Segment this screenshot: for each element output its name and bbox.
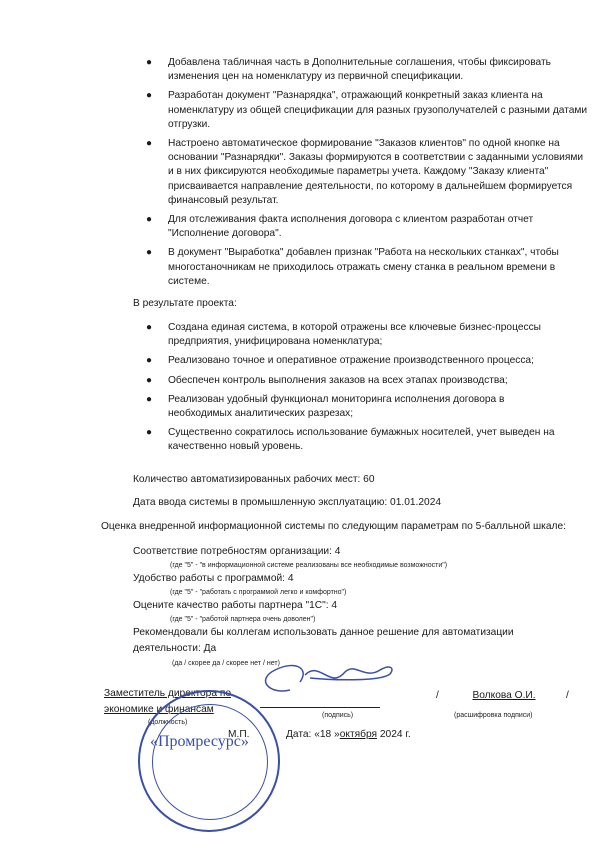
bullet-icon: ● — [146, 354, 152, 368]
rating-intro: Оценка внедренной информационной системы… — [101, 521, 566, 532]
recommend-line2: деятельности: Да — [133, 643, 216, 654]
list-item: ●Настроено автоматическое формирование "… — [168, 137, 588, 208]
results-heading: В результате проекта: — [133, 298, 237, 309]
rating-usability: Удобство работы с программой: 4 — [133, 573, 294, 584]
rating-partner: Оцените качество работы партнера "1С": 4 — [133, 600, 337, 611]
document-page: ●Добавлена табличная часть в Дополнитель… — [0, 0, 601, 850]
results-list: ●Создана единая система, в которой отраж… — [168, 321, 568, 460]
bullet-icon: ● — [146, 426, 152, 440]
rating-needs: Соответствие потребностям организации: 4 — [133, 546, 340, 557]
bullet-icon: ● — [146, 321, 152, 335]
rating-needs-note: (где "5" - "в информационной системе реа… — [170, 562, 447, 569]
list-item: ●Разработан документ "Разнарядка", отраж… — [168, 89, 588, 132]
rating-partner-note: (где "5" - "работой партнера очень довол… — [170, 616, 315, 623]
slash-left: / — [436, 690, 439, 701]
list-item: ●Добавлена табличная часть в Дополнитель… — [168, 56, 588, 84]
bullet-icon: ● — [146, 246, 152, 260]
bullet-icon: ● — [146, 56, 152, 70]
list-item: ●Создана единая система, в которой отраж… — [168, 321, 568, 349]
signature-line — [260, 707, 380, 708]
workplaces-count: Количество автоматизированных рабочих ме… — [133, 474, 375, 485]
rating-usability-note: (где "5" - "работать с программой легко … — [170, 589, 346, 596]
list-item: ●Реализовано точное и оперативное отраже… — [168, 354, 568, 368]
list-item: ●Обеспечен контроль выполнения заказов н… — [168, 374, 568, 388]
seal-place: М.П. — [228, 729, 249, 740]
bullet-icon: ● — [146, 89, 152, 103]
signatory-name: Волкова О.И. — [444, 690, 564, 701]
signing-date: Дата: «18 »октября 2024 г. — [286, 729, 411, 740]
company-stamp — [138, 690, 280, 832]
changes-list: ●Добавлена табличная часть в Дополнитель… — [168, 56, 588, 294]
signature-note: (подпись) — [322, 712, 353, 719]
launch-date: Дата ввода системы в промышленную эксплу… — [133, 497, 441, 508]
recommend-line1: Рекомендовали бы коллегам использовать д… — [133, 627, 514, 638]
name-note: (расшифровка подписи) — [454, 712, 533, 719]
bullet-icon: ● — [146, 137, 152, 151]
list-item: ●В документ "Выработка" добавлен признак… — [168, 246, 588, 289]
bullet-icon: ● — [146, 393, 152, 407]
signature-icon — [250, 650, 400, 710]
stamp-inner-ring — [152, 704, 268, 820]
list-item: ●Реализован удобный функционал мониторин… — [168, 393, 568, 421]
list-item: ●Для отслеживания факта исполнения догов… — [168, 213, 588, 241]
bullet-icon: ● — [146, 213, 152, 227]
slash-right: / — [566, 690, 569, 701]
bullet-icon: ● — [146, 374, 152, 388]
list-item: ●Существенно сократилось использование б… — [168, 426, 568, 454]
